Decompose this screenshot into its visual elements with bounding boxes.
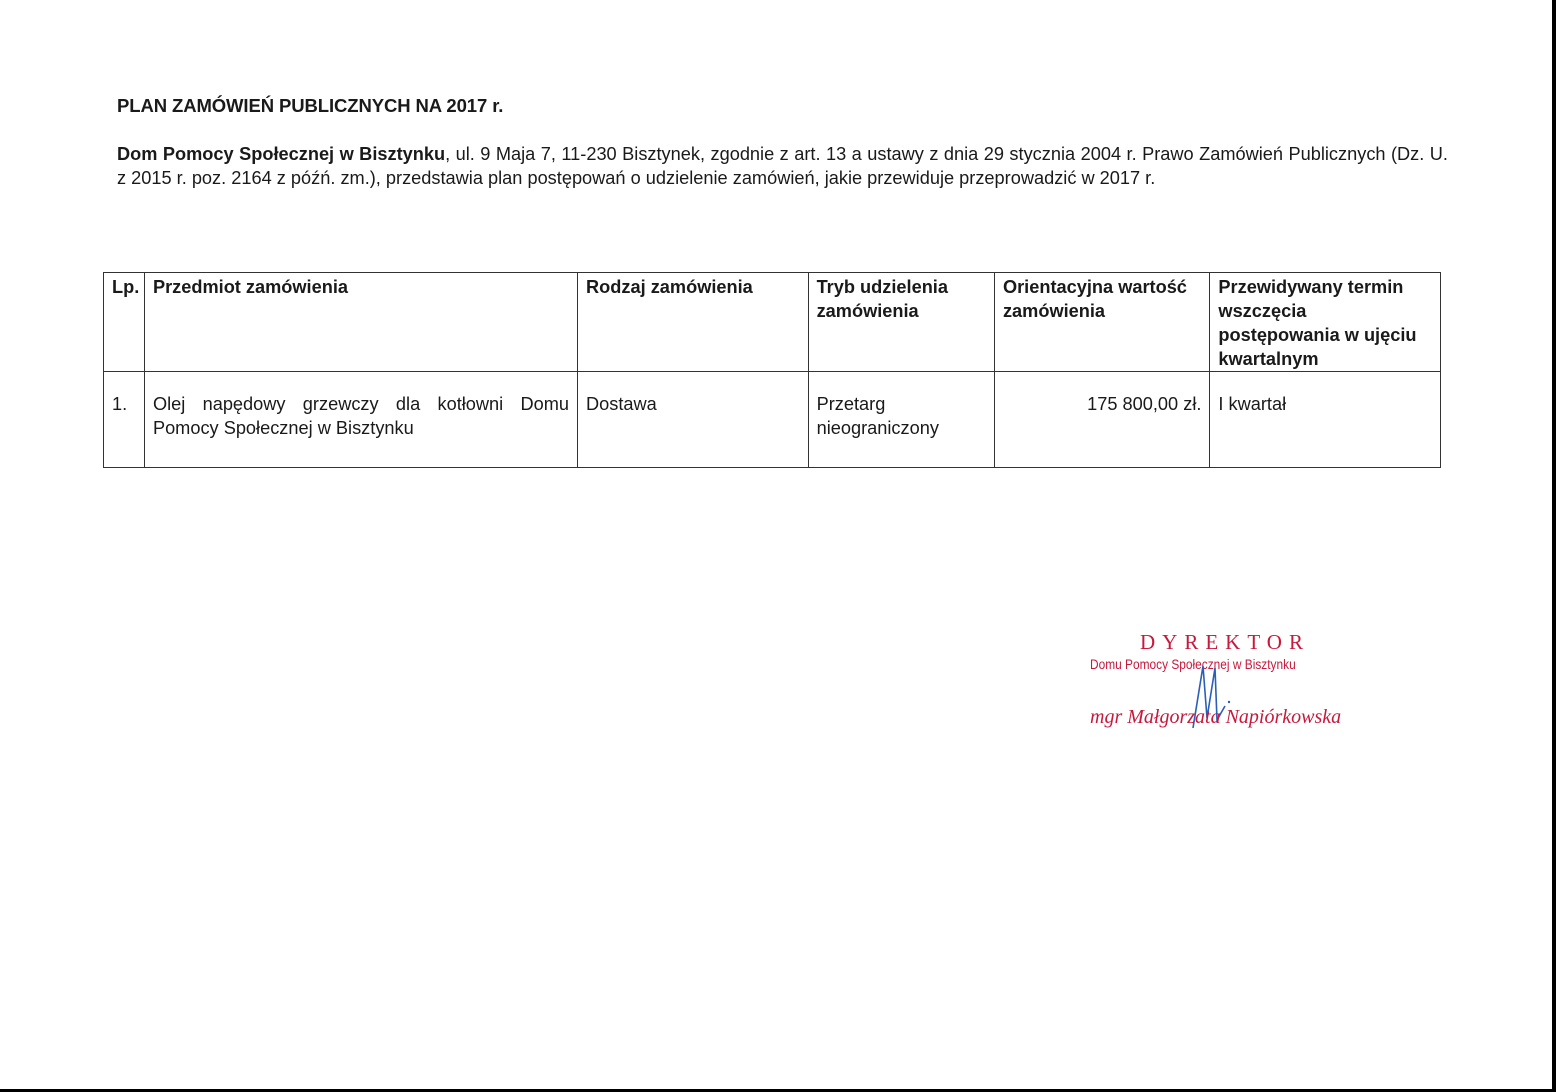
director-stamp: DYREKTOR Domu Pomocy Społecznej w Biszty… — [1080, 630, 1360, 655]
cell-value: 175 800,00 zł. — [994, 372, 1209, 468]
stamp-name: mgr Małgorzata Napiórkowska — [1090, 706, 1341, 729]
cell-term: I kwartał — [1210, 372, 1441, 468]
header-subject: Przedmiot zamówienia — [144, 273, 577, 372]
page-edge-right — [1552, 0, 1556, 1092]
document-title: PLAN ZAMÓWIEŃ PUBLICZNYCH NA 2017 r. — [117, 95, 503, 117]
header-value: Orientacyjna wartość zamówienia — [994, 273, 1209, 372]
cell-lp: 1. — [104, 372, 145, 468]
institution-name: Dom Pomocy Społecznej w Bisztynku — [117, 144, 445, 164]
header-term: Przewidywany termin wszczęcia postępowan… — [1210, 273, 1441, 372]
stamp-role: DYREKTOR — [1090, 630, 1360, 655]
cell-subject: Olej napędowy grzewczy dla kotłowni Domu… — [144, 372, 577, 468]
cell-mode: Przetarg nieograniczony — [808, 372, 994, 468]
table-row: 1. Olej napędowy grzewczy dla kotłowni D… — [104, 372, 1441, 468]
procurement-plan-table: Lp. Przedmiot zamówienia Rodzaj zamówien… — [103, 272, 1441, 468]
cell-type: Dostawa — [578, 372, 809, 468]
table-header-row: Lp. Przedmiot zamówienia Rodzaj zamówien… — [104, 273, 1441, 372]
intro-paragraph: Dom Pomocy Społecznej w Bisztynku, ul. 9… — [117, 142, 1448, 190]
header-mode: Tryb udzielenia zamówienia — [808, 273, 994, 372]
header-lp: Lp. — [104, 273, 145, 372]
header-type: Rodzaj zamówienia — [578, 273, 809, 372]
